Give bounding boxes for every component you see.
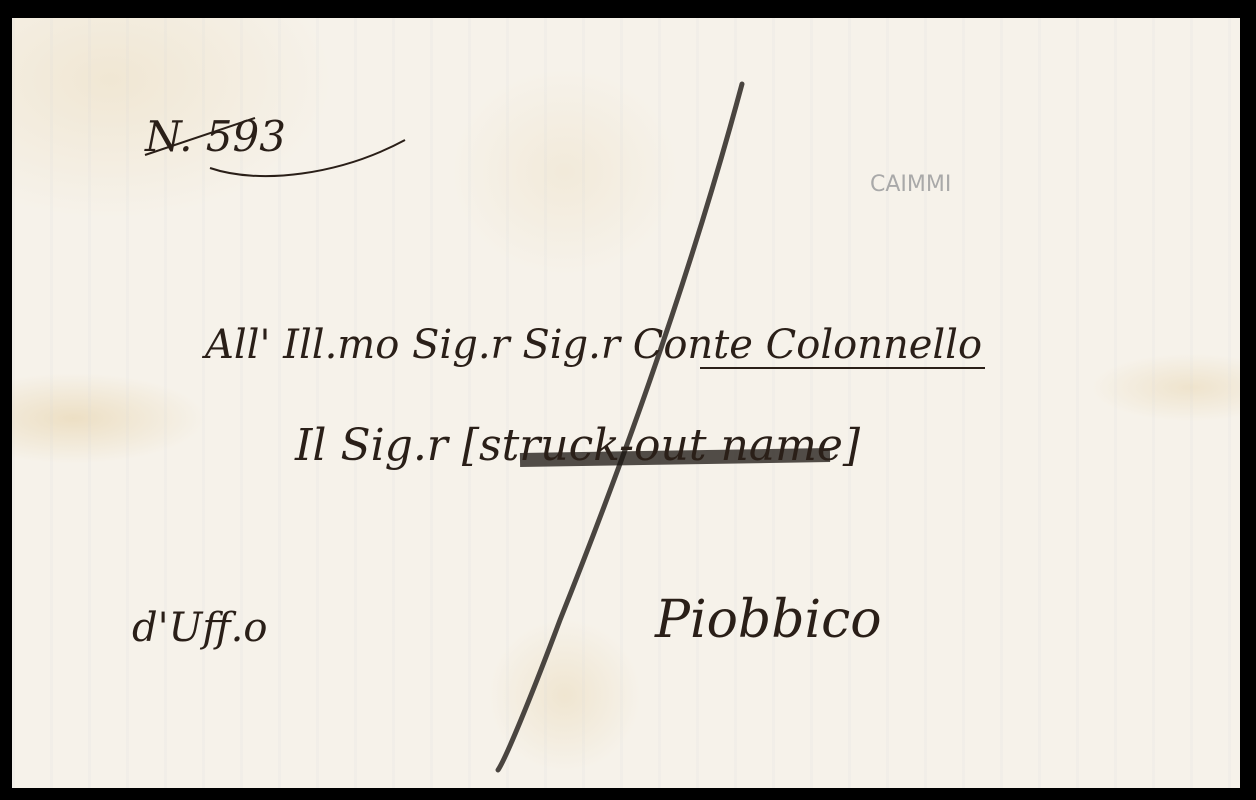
address-line-2: Il Sig.r [struck-out name] [295, 420, 860, 471]
number-mark: N. 593 [145, 112, 286, 161]
pencil-note: CAIMMI [870, 172, 951, 197]
service-note: d'Uff.o [132, 605, 267, 651]
address-line-1: All' Ill.mo Sig.r Sig.r Conte Colonnello [205, 322, 982, 368]
address-line-3: Piobbico [655, 590, 882, 650]
